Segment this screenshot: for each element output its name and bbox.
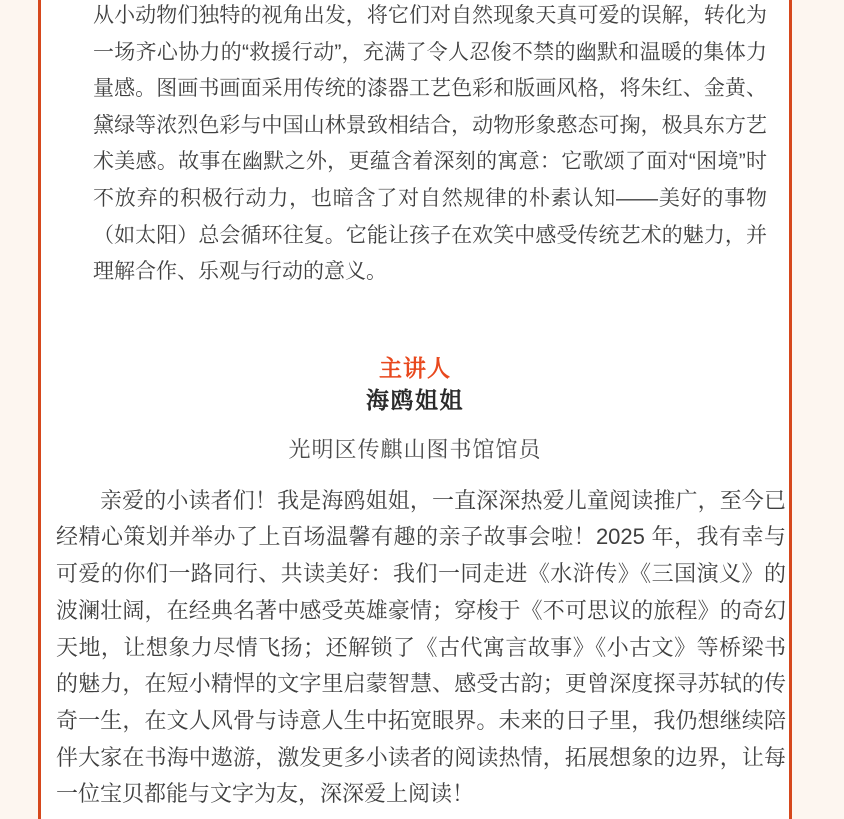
- speaker-section: 主讲人 海鸥姐姐 光明区传麒山图书馆馆员: [41, 353, 789, 465]
- book-review-paragraph: 从小动物们独特的视角出发，将它们对自然现象天真可爱的误解，转化为一场齐心协力的“…: [93, 0, 767, 291]
- speaker-role: 光明区传麒山图书馆馆员: [41, 435, 789, 465]
- speaker-intro-paragraph: 亲爱的小读者们！我是海鸥姐姐，一直深深热爱儿童阅读推广，至今已经精心策划并举办了…: [56, 483, 786, 813]
- speaker-heading: 主讲人: [41, 353, 789, 383]
- article-page: 从小动物们独特的视角出发，将它们对自然现象天真可爱的误解，转化为一场齐心协力的“…: [38, 0, 792, 819]
- speaker-name: 海鸥姐姐: [41, 385, 789, 415]
